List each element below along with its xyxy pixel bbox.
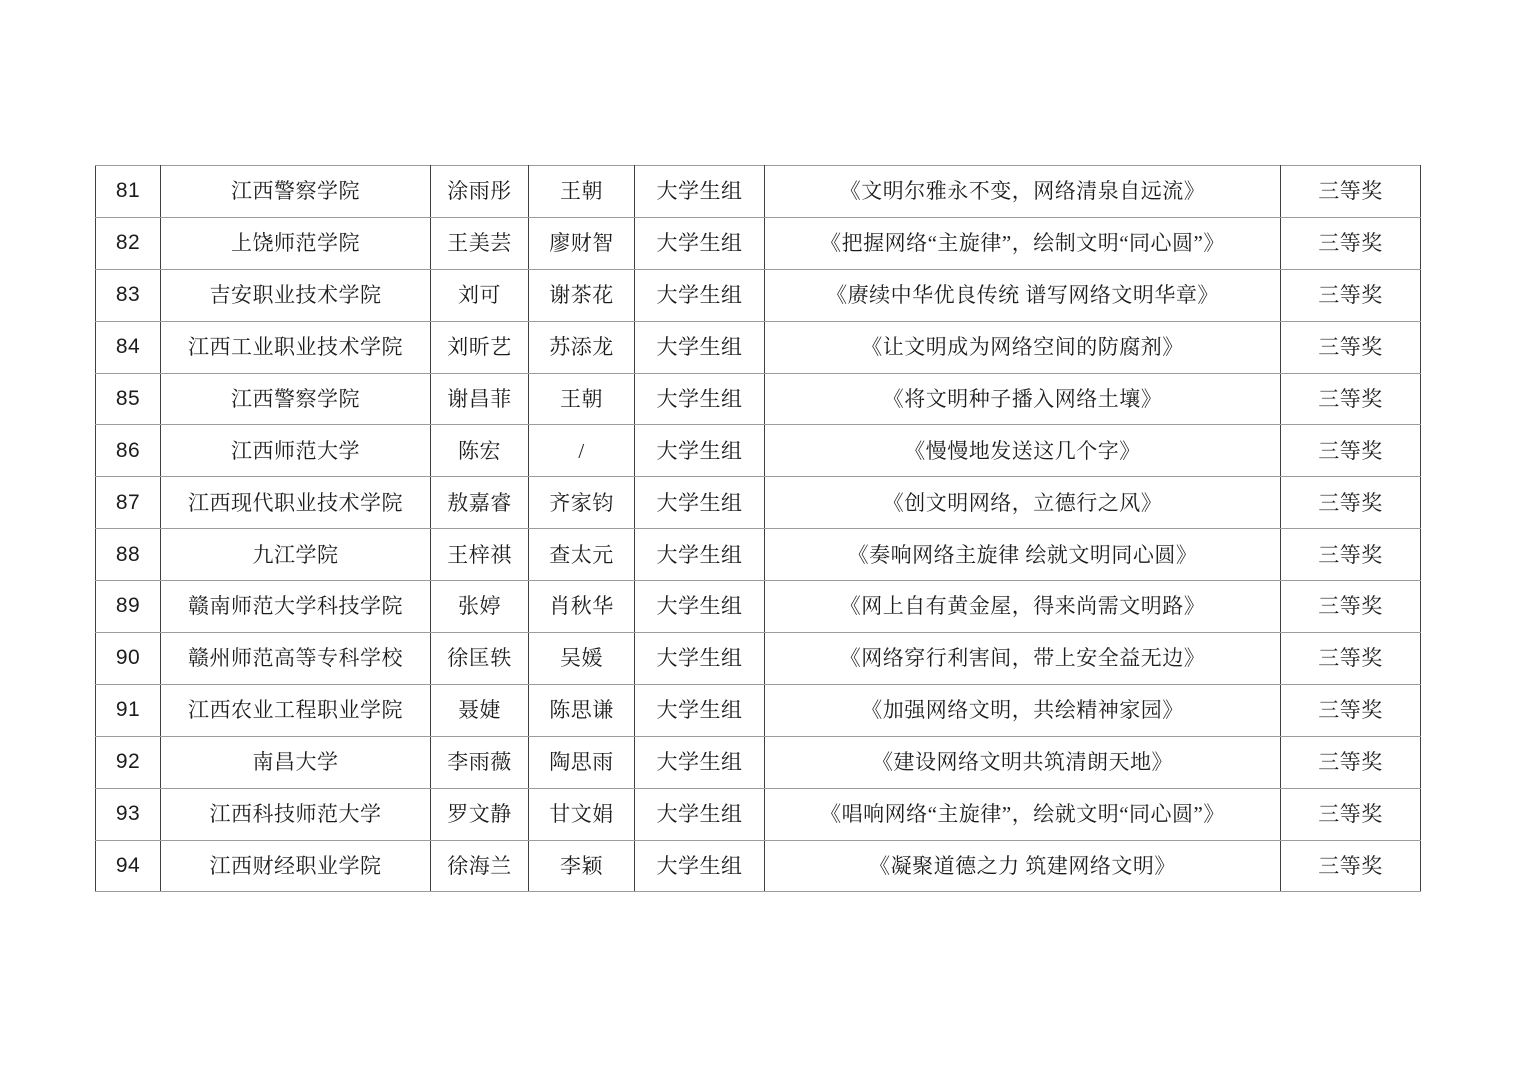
table-row: 91江西农业工程职业学院聂婕陈思谦大学生组《加强网络文明，共绘精神家园》三等奖 [96,684,1421,736]
award-cell: 三等奖 [1281,529,1421,581]
row-number-cell: 90 [96,633,161,685]
award-cell: 三等奖 [1281,633,1421,685]
author-cell: 王梓祺 [431,529,529,581]
author-cell: 王美芸 [431,217,529,269]
table-row: 90赣州师范高等专科学校徐匡轶吴媛大学生组《网络穿行利害间，带上安全益无边》三等… [96,633,1421,685]
group-cell: 大学生组 [635,684,765,736]
school-cell: 南昌大学 [161,736,431,788]
school-cell: 赣州师范高等专科学校 [161,633,431,685]
award-cell: 三等奖 [1281,373,1421,425]
second-author-cell: / [529,425,635,477]
row-number-cell: 89 [96,581,161,633]
school-cell: 赣南师范大学科技学院 [161,581,431,633]
author-cell: 陈宏 [431,425,529,477]
row-number-cell: 83 [96,269,161,321]
work-title-cell: 《创文明网络，立德行之风》 [765,477,1281,529]
second-author-cell: 廖财智 [529,217,635,269]
author-cell: 张婷 [431,581,529,633]
author-cell: 刘昕艺 [431,321,529,373]
table-row: 84江西工业职业技术学院刘昕艺苏添龙大学生组《让文明成为网络空间的防腐剂》三等奖 [96,321,1421,373]
table-row: 81江西警察学院涂雨彤王朝大学生组《文明尔雅永不变，网络清泉自远流》三等奖 [96,166,1421,218]
table-row: 88九江学院王梓祺查太元大学生组《奏响网络主旋律 绘就文明同心圆》三等奖 [96,529,1421,581]
award-cell: 三等奖 [1281,684,1421,736]
row-number-cell: 86 [96,425,161,477]
school-cell: 江西现代职业技术学院 [161,477,431,529]
row-number-cell: 88 [96,529,161,581]
row-number-cell: 92 [96,736,161,788]
author-cell: 敖嘉睿 [431,477,529,529]
work-title-cell: 《凝聚道德之力 筑建网络文明》 [765,840,1281,892]
second-author-cell: 苏添龙 [529,321,635,373]
table-row: 92南昌大学李雨薇陶思雨大学生组《建设网络文明共筑清朗天地》三等奖 [96,736,1421,788]
work-title-cell: 《加强网络文明，共绘精神家园》 [765,684,1281,736]
work-title-cell: 《赓续中华优良传统 谱写网络文明华章》 [765,269,1281,321]
group-cell: 大学生组 [635,529,765,581]
school-cell: 江西科技师范大学 [161,788,431,840]
table-row: 89赣南师范大学科技学院张婷肖秋华大学生组《网上自有黄金屋，得来尚需文明路》三等… [96,581,1421,633]
awards-table-body: 81江西警察学院涂雨彤王朝大学生组《文明尔雅永不变，网络清泉自远流》三等奖82上… [96,166,1421,892]
work-title-cell: 《奏响网络主旋律 绘就文明同心圆》 [765,529,1281,581]
group-cell: 大学生组 [635,425,765,477]
second-author-cell: 吴媛 [529,633,635,685]
table-row: 93江西科技师范大学罗文静甘文娟大学生组《唱响网络“主旋律”，绘就文明“同心圆”… [96,788,1421,840]
award-cell: 三等奖 [1281,166,1421,218]
work-title-cell: 《网上自有黄金屋，得来尚需文明路》 [765,581,1281,633]
award-cell: 三等奖 [1281,477,1421,529]
author-cell: 徐海兰 [431,840,529,892]
school-cell: 上饶师范学院 [161,217,431,269]
school-cell: 江西警察学院 [161,166,431,218]
group-cell: 大学生组 [635,321,765,373]
school-cell: 吉安职业技术学院 [161,269,431,321]
group-cell: 大学生组 [635,373,765,425]
author-cell: 徐匡轶 [431,633,529,685]
school-cell: 九江学院 [161,529,431,581]
group-cell: 大学生组 [635,840,765,892]
group-cell: 大学生组 [635,788,765,840]
row-number-cell: 87 [96,477,161,529]
row-number-cell: 84 [96,321,161,373]
row-number-cell: 81 [96,166,161,218]
table-row: 94江西财经职业学院徐海兰李颖大学生组《凝聚道德之力 筑建网络文明》三等奖 [96,840,1421,892]
second-author-cell: 谢茶花 [529,269,635,321]
award-cell: 三等奖 [1281,736,1421,788]
table-row: 86江西师范大学陈宏/大学生组《慢慢地发送这几个字》三等奖 [96,425,1421,477]
second-author-cell: 齐家钧 [529,477,635,529]
work-title-cell: 《慢慢地发送这几个字》 [765,425,1281,477]
group-cell: 大学生组 [635,581,765,633]
author-cell: 李雨薇 [431,736,529,788]
award-cell: 三等奖 [1281,425,1421,477]
group-cell: 大学生组 [635,166,765,218]
work-title-cell: 《将文明种子播入网络土壤》 [765,373,1281,425]
award-cell: 三等奖 [1281,788,1421,840]
work-title-cell: 《让文明成为网络空间的防腐剂》 [765,321,1281,373]
work-title-cell: 《建设网络文明共筑清朗天地》 [765,736,1281,788]
second-author-cell: 陈思谦 [529,684,635,736]
row-number-cell: 94 [96,840,161,892]
group-cell: 大学生组 [635,633,765,685]
award-cell: 三等奖 [1281,321,1421,373]
document-page: 81江西警察学院涂雨彤王朝大学生组《文明尔雅永不变，网络清泉自远流》三等奖82上… [0,0,1520,1074]
row-number-cell: 93 [96,788,161,840]
school-cell: 江西警察学院 [161,373,431,425]
author-cell: 谢昌菲 [431,373,529,425]
award-cell: 三等奖 [1281,217,1421,269]
group-cell: 大学生组 [635,736,765,788]
table-row: 85江西警察学院谢昌菲王朝大学生组《将文明种子播入网络土壤》三等奖 [96,373,1421,425]
group-cell: 大学生组 [635,269,765,321]
table-row: 87江西现代职业技术学院敖嘉睿齐家钧大学生组《创文明网络，立德行之风》三等奖 [96,477,1421,529]
award-cell: 三等奖 [1281,840,1421,892]
second-author-cell: 王朝 [529,373,635,425]
second-author-cell: 查太元 [529,529,635,581]
school-cell: 江西财经职业学院 [161,840,431,892]
second-author-cell: 甘文娟 [529,788,635,840]
second-author-cell: 李颖 [529,840,635,892]
row-number-cell: 85 [96,373,161,425]
row-number-cell: 82 [96,217,161,269]
work-title-cell: 《网络穿行利害间，带上安全益无边》 [765,633,1281,685]
work-title-cell: 《把握网络“主旋律”，绘制文明“同心圆”》 [765,217,1281,269]
award-cell: 三等奖 [1281,269,1421,321]
second-author-cell: 陶思雨 [529,736,635,788]
school-cell: 江西农业工程职业学院 [161,684,431,736]
table-row: 82上饶师范学院王美芸廖财智大学生组《把握网络“主旋律”，绘制文明“同心圆”》三… [96,217,1421,269]
table-row: 83吉安职业技术学院刘可谢茶花大学生组《赓续中华优良传统 谱写网络文明华章》三等… [96,269,1421,321]
work-title-cell: 《唱响网络“主旋律”，绘就文明“同心圆”》 [765,788,1281,840]
award-cell: 三等奖 [1281,581,1421,633]
work-title-cell: 《文明尔雅永不变，网络清泉自远流》 [765,166,1281,218]
author-cell: 聂婕 [431,684,529,736]
row-number-cell: 91 [96,684,161,736]
group-cell: 大学生组 [635,477,765,529]
author-cell: 刘可 [431,269,529,321]
author-cell: 罗文静 [431,788,529,840]
school-cell: 江西师范大学 [161,425,431,477]
awards-table: 81江西警察学院涂雨彤王朝大学生组《文明尔雅永不变，网络清泉自远流》三等奖82上… [95,165,1421,892]
second-author-cell: 肖秋华 [529,581,635,633]
author-cell: 涂雨彤 [431,166,529,218]
school-cell: 江西工业职业技术学院 [161,321,431,373]
group-cell: 大学生组 [635,217,765,269]
second-author-cell: 王朝 [529,166,635,218]
